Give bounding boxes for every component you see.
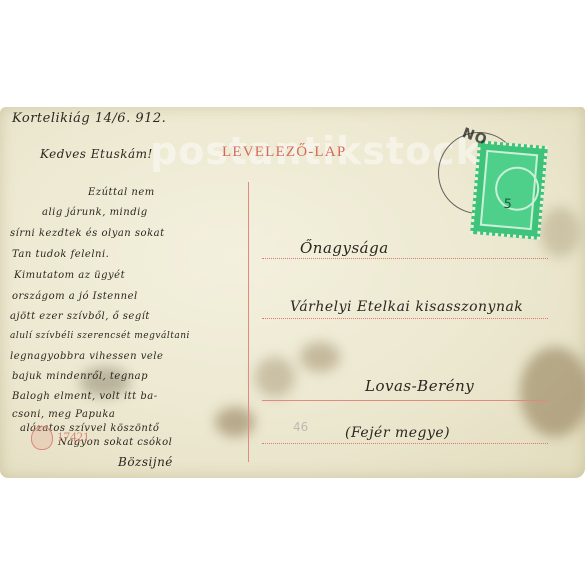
card-title: LEVELEZŐ-LAP: [222, 144, 346, 161]
message-line: legnagyobbra vihessen vele: [10, 351, 163, 362]
message-line: alulí szívbéli szerencsét megváltani: [10, 331, 190, 341]
message-line: Balogh elment, volt itt ba-: [12, 391, 158, 402]
divider-line: [248, 182, 249, 462]
message-line: Tan tudok felelni.: [12, 249, 109, 260]
address-line: [262, 443, 548, 444]
publisher-number: 17421: [57, 429, 90, 445]
message-line: ajött ezer szívből, ő segít: [10, 311, 150, 322]
message-line: országom a jó Istennel: [12, 291, 138, 302]
stain: [255, 357, 295, 397]
salutation: Kedves Etuskám!: [40, 147, 153, 161]
postage-stamp: 5: [470, 140, 548, 240]
message-line: bajuk mindenről, tegnap: [12, 371, 148, 382]
message-line: alig járunk, mindig: [42, 207, 148, 218]
address-line: [262, 318, 548, 319]
address-line-3: Lovas-Berény: [365, 377, 474, 395]
message-line: csoni, meg Papuka: [12, 409, 115, 420]
stain: [300, 342, 340, 372]
signature: Bözsijné: [118, 455, 173, 469]
pencil-note: 46: [293, 420, 308, 434]
stamp-frame: 5: [480, 150, 538, 230]
address-line-2: Várhelyi Etelkai kisasszonynak: [290, 299, 523, 315]
stain: [215, 407, 255, 437]
address-line: [262, 400, 548, 401]
message-line: sírni kezdtek és olyan sokat: [10, 228, 165, 239]
stain: [540, 207, 580, 257]
message-line: Kimutatom az ügyét: [14, 270, 125, 281]
address-line: [262, 258, 548, 259]
publisher-logo-icon: [31, 426, 53, 450]
message-line: Ezúttal nem: [88, 187, 155, 198]
postcard: postantikstock LEVELEZŐ-LAP 5 NO Korteli…: [0, 107, 585, 478]
address-line-4: (Fejér megye): [345, 425, 450, 441]
dateline: Kortelikiág 14/6. 912.: [12, 111, 166, 126]
stain: [520, 347, 585, 437]
stamp-value: 5: [483, 195, 532, 214]
address-line-1: Őnagysága: [300, 239, 389, 257]
